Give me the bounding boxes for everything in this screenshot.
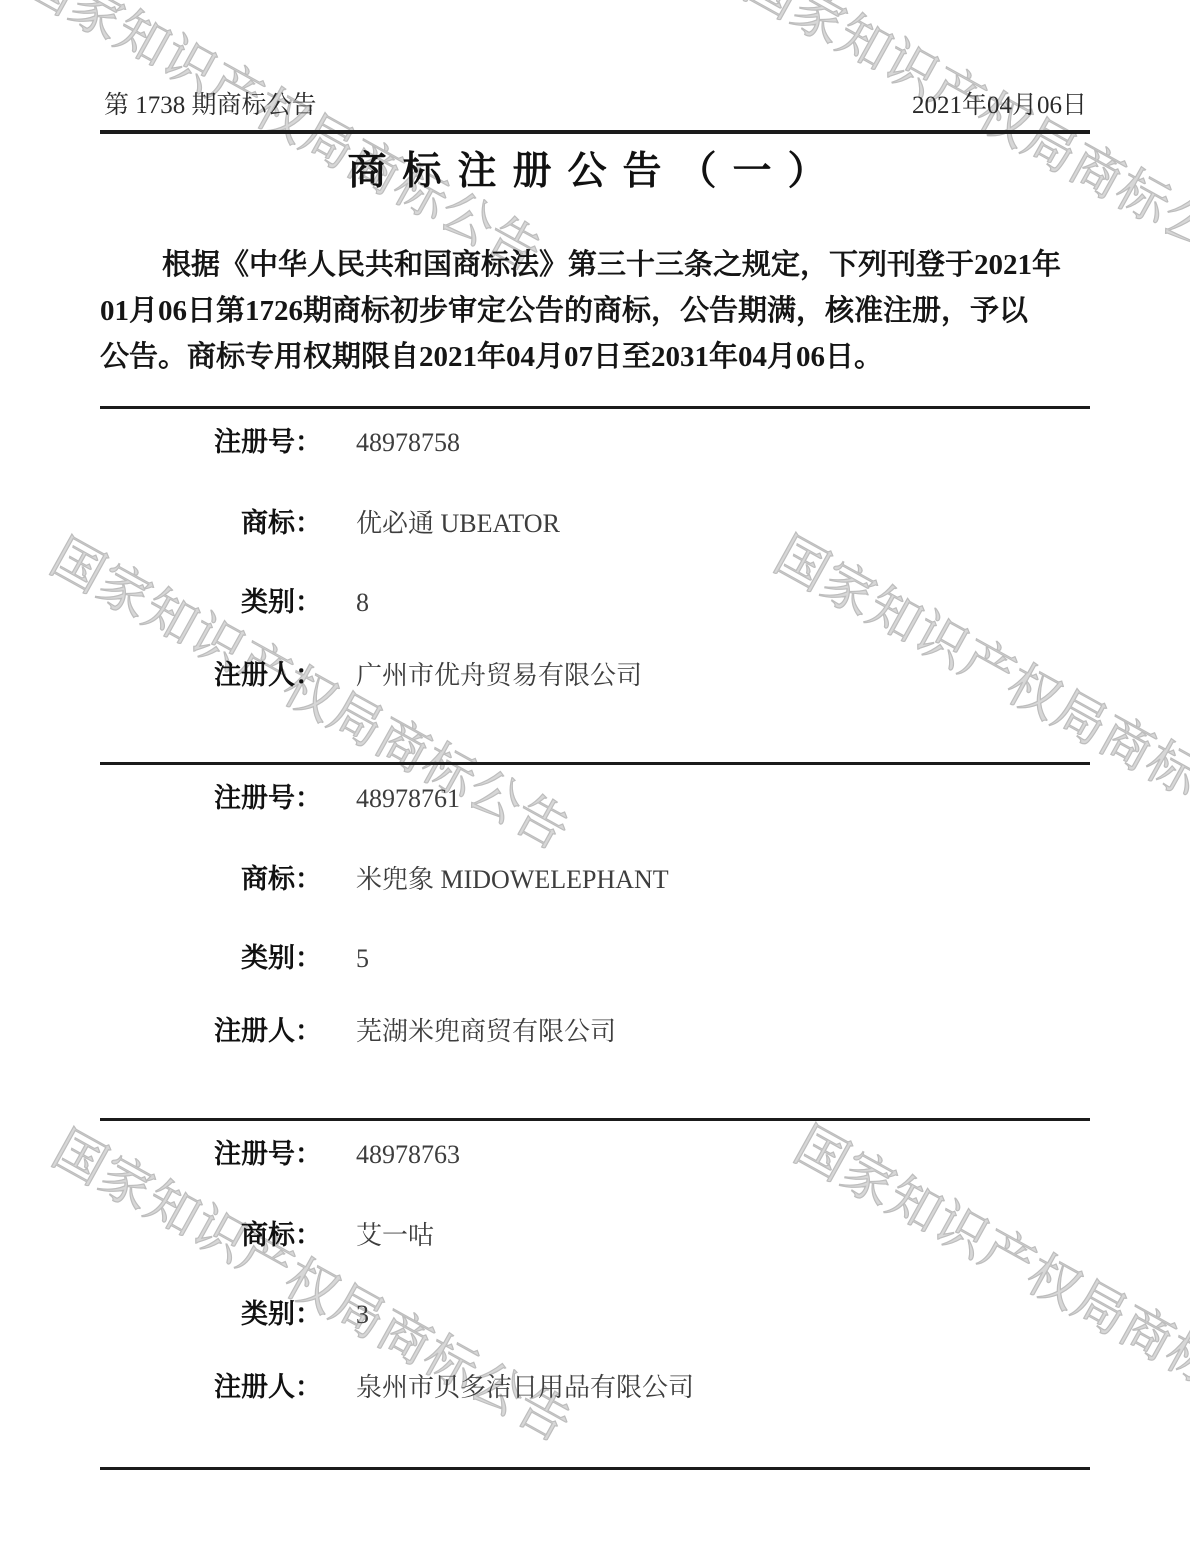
registrant-value: 广州市优舟贸易有限公司 [356, 661, 642, 691]
category-label: 类别： [100, 943, 322, 973]
trademark-entries: 注册号： 48978758 商标： 优必通 UBEATOR 类别： 8 注册人：… [0, 406, 1190, 1467]
intro-line: 01月06日第1726期商标初步审定公告的商标，公告期满，核准注册，予以 [100, 288, 1090, 334]
category-value: 5 [356, 944, 369, 974]
registration-number-row: 注册号： 48978758 [100, 427, 1090, 458]
trademark-value: 米兜象 MIDOWELEPHANT [356, 865, 669, 895]
trademark-label: 商标： [100, 864, 322, 894]
category-value: 8 [356, 588, 369, 618]
registrant-label: 注册人： [100, 1372, 322, 1402]
trademark-label: 商标： [100, 508, 322, 538]
registrant-row: 注册人： 广州市优舟贸易有限公司 [100, 660, 1090, 691]
gazette-page: 国家知识产权局商标公告 国家知识产权局商标公告 国家知识产权局商标公告 国家知识… [0, 0, 1190, 1564]
page-header: 第 1738 期商标公告 2021年04月06日 [104, 90, 1087, 122]
registration-number-label: 注册号： [100, 427, 322, 457]
registrant-row: 注册人： 芜湖米兜商贸有限公司 [100, 1016, 1090, 1047]
intro-line: 根据《中华人民共和国商标法》第三十三条之规定，下列刊登于2021年 [100, 242, 1090, 288]
category-row: 类别： 8 [100, 587, 1090, 618]
registrant-value: 泉州市贝多洁日用品有限公司 [356, 1373, 694, 1403]
trademark-row: 商标： 艾一咕 [100, 1220, 1090, 1251]
trademark-entry: 注册号： 48978763 商标： 艾一咕 类别： 3 注册人： 泉州市贝多洁日… [100, 1118, 1090, 1467]
category-row: 类别： 3 [100, 1299, 1090, 1330]
trademark-value: 优必通 UBEATOR [356, 509, 560, 539]
registrant-value: 芜湖米兜商贸有限公司 [356, 1017, 616, 1047]
registrant-row: 注册人： 泉州市贝多洁日用品有限公司 [100, 1372, 1090, 1403]
category-label: 类别： [100, 1299, 322, 1329]
registration-number-value: 48978761 [356, 784, 460, 814]
category-row: 类别： 5 [100, 943, 1090, 974]
registration-number-label: 注册号： [100, 1139, 322, 1169]
trademark-entry: 注册号： 48978758 商标： 优必通 UBEATOR 类别： 8 注册人：… [100, 406, 1090, 762]
trademark-row: 商标： 米兜象 MIDOWELEPHANT [100, 864, 1090, 895]
trademark-value: 艾一咕 [356, 1221, 434, 1251]
trademark-row: 商标： 优必通 UBEATOR [100, 508, 1090, 539]
registration-number-label: 注册号： [100, 783, 322, 813]
intro-line: 公告。商标专用权期限自2021年04月07日至2031年04月06日。 [100, 334, 1090, 380]
registration-number-value: 48978763 [356, 1140, 460, 1170]
bottom-divider-line [100, 1467, 1090, 1470]
publication-date: 2021年04月06日 [912, 90, 1087, 122]
registration-number-row: 注册号： 48978761 [100, 783, 1090, 814]
intro-paragraph: 根据《中华人民共和国商标法》第三十三条之规定，下列刊登于2021年 01月06日… [100, 242, 1090, 380]
category-value: 3 [356, 1300, 369, 1330]
category-label: 类别： [100, 587, 322, 617]
page-title: 商标注册公告（一） [0, 146, 1190, 198]
registrant-label: 注册人： [100, 660, 322, 690]
registration-number-value: 48978758 [356, 428, 460, 458]
header-divider-line [100, 130, 1090, 134]
issue-number-label: 第 1738 期商标公告 [104, 90, 317, 122]
trademark-entry: 注册号： 48978761 商标： 米兜象 MIDOWELEPHANT 类别： … [100, 762, 1090, 1118]
registration-number-row: 注册号： 48978763 [100, 1139, 1090, 1170]
registrant-label: 注册人： [100, 1016, 322, 1046]
trademark-label: 商标： [100, 1220, 322, 1250]
